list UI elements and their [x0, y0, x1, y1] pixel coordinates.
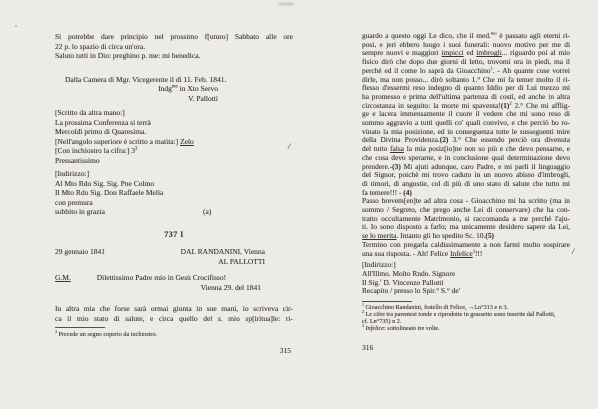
- letter-closing-paragraph: Sì potrebbe dare principio nel prossimo …: [55, 32, 293, 61]
- address-last-line: subbito in grazia (a): [55, 207, 293, 217]
- left-page: Sì potrebbe dare principio nel prossimo …: [55, 28, 293, 356]
- page-number: 315: [55, 346, 293, 356]
- footnotes-block: 1 Gioacchino Randanini, fratello di Feli…: [362, 304, 570, 332]
- letter-body-continued: guardo a questo oggi Le dico, che il med…: [362, 32, 570, 258]
- editorial-note-mark: (a): [203, 207, 211, 217]
- editorial-note-line: [Nell'angolo superiore è scritto a matit…: [55, 137, 293, 147]
- address-line: Recapito / presso lo Spir.° S.° de': [362, 287, 570, 296]
- letter-place-date: Vienna 29. del 1841: [55, 283, 293, 293]
- letter-correspondents: DAL RANDANINI, Vienna AL PALLOTTI: [181, 247, 293, 266]
- body-text-line: una sua risposta. - Ah! Felice Infelice3…: [362, 250, 570, 259]
- address-line: [Indirizzo:]: [55, 169, 293, 179]
- editorial-note-line: [Scritto da altra mano:]: [55, 108, 293, 118]
- salutation-text: Dilettissimo Padre mio in Gesù Crocifiss…: [97, 273, 226, 282]
- footnotes-block: 3 Precede un segno coperto da inchiostro…: [55, 331, 293, 338]
- text-line: Saluto tutti in Dio: preghino p. me: mi …: [55, 51, 293, 61]
- right-page: guardo a questo oggi Le dico, che il med…: [362, 32, 570, 353]
- footnote-line: 3 Precede un segno coperto da inchiostro…: [55, 331, 293, 338]
- letter-header: 29 gennaio 1841 DAL RANDANINI, Vienna AL…: [55, 247, 293, 266]
- signature-line: V. Pallotti: [55, 94, 218, 104]
- letter-body-start: In altra mia che forse sarà ormai giunta…: [55, 304, 293, 323]
- stray-pen-mark: /: [288, 142, 290, 151]
- letter-salutation: G.M. Dilettissimo Padre mio in Gesù Croc…: [55, 273, 293, 283]
- letter-from: DAL RANDANINI, Vienna: [181, 247, 265, 257]
- letter-number-heading: 737 I: [55, 230, 293, 240]
- footnote-rule: [55, 327, 105, 328]
- address-line: Il Mto Rdo Sig. Don Raffaele Melia: [55, 188, 293, 198]
- scan-speck: [15, 25, 17, 27]
- body-text-line: ca il mio stato di salute, e circa quell…: [55, 314, 293, 324]
- address-block: [Indirizzo:]All'Illmo. Molto Rndo. Signo…: [362, 261, 570, 296]
- address-last-text: subbito in grazia: [55, 207, 105, 216]
- editorial-note-line: La prossima Conferenza si terrà: [55, 118, 293, 128]
- letter-date: 29 gennaio 1841: [55, 247, 105, 257]
- monogram: G.M.: [55, 273, 71, 282]
- footnote-rule: [362, 301, 412, 302]
- address-line: con premura: [55, 198, 293, 208]
- editorial-note-line: Mercoldì primo di Quaresima.: [55, 127, 293, 137]
- scan-smudge: [278, 3, 294, 5]
- letter-to: AL PALLOTTI: [181, 257, 265, 267]
- letter-signature: Indgmo in Xto ServoV. Pallotti: [55, 84, 293, 103]
- letter-dateline: Dalla Camera di Mgr. Vicegerente il dì 1…: [55, 75, 293, 85]
- body-text-line: In altra mia che forse sarà ormai giunta…: [55, 304, 293, 314]
- signature-line: Indgmo in Xto Servo: [55, 84, 218, 94]
- page-number: 316: [362, 344, 570, 353]
- address-block: [Indirizzo:]Al Mto Rdo Sig. Sig. Pne Col…: [55, 169, 293, 217]
- text-line: 22 p. lo spazio di circa un'ora.: [55, 42, 293, 52]
- text-line: Sì potrebbe dare principio nel prossimo …: [55, 32, 293, 42]
- book-scan: Sì potrebbe dare principio nel prossimo …: [0, 0, 598, 409]
- editorial-notes-block: [Scritto da altra mano:]La prossima Conf…: [55, 108, 293, 165]
- editorial-note-line: Pressantissimo: [55, 156, 293, 166]
- editorial-note-line: [Con inchiostro la cifra:] 33: [55, 146, 293, 156]
- address-line: Al Mto Rdo Sig. Sig. Pne Colmo: [55, 179, 293, 189]
- footnote-line: 3 Infelice: sottolineato tre volte.: [362, 325, 570, 332]
- stray-pen-mark: /: [572, 247, 574, 256]
